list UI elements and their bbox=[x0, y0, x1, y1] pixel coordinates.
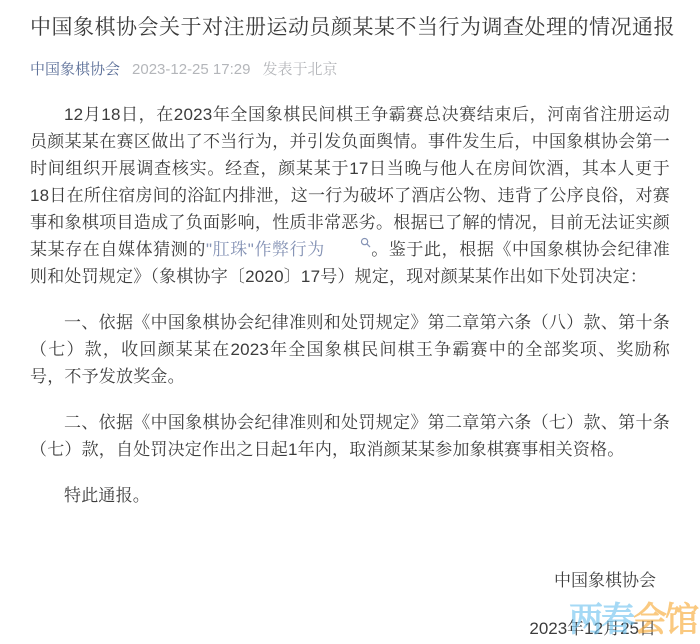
signature-org: 中国象棋协会 bbox=[30, 567, 656, 594]
signature-block: 中国象棋协会 2023年12月25日 bbox=[30, 567, 670, 642]
account-name-link[interactable]: 中国象棋协会 bbox=[30, 61, 120, 78]
search-term-text[interactable]: "肛珠"作弊行为 bbox=[206, 240, 325, 259]
paragraph-closing: 特此通报。 bbox=[30, 482, 670, 509]
signature-date: 2023年12月25日 bbox=[30, 615, 656, 642]
article-title: 中国象棋协会关于对注册运动员颜某某不当行为调查处理的情况通报 bbox=[30, 12, 670, 43]
article-body: 12月18日，在2023年全国象棋民间棋王争霸赛总决赛结束后，河南省注册运动员颜… bbox=[30, 101, 670, 509]
search-term-link[interactable]: "肛珠"作弊行为 bbox=[206, 240, 371, 259]
paragraph-intro: 12月18日，在2023年全国象棋民间棋王争霸赛总决赛结束后，河南省注册运动员颜… bbox=[30, 101, 670, 290]
paragraph-penalty-2: 二、依据《中国象棋协会纪律准则和处罚规定》第二章第六条（七）款、第十条（七）款，… bbox=[30, 409, 670, 463]
paragraph-intro-text-before: 12月18日，在2023年全国象棋民间棋王争霸赛总决赛结束后，河南省注册运动员颜… bbox=[30, 105, 670, 259]
search-icon[interactable] bbox=[326, 237, 371, 248]
paragraph-penalty-1: 一、依据《中国象棋协会纪律准则和处罚规定》第二章第六条（八）款、第十条（七）款，… bbox=[30, 309, 670, 390]
article-page: 中国象棋协会关于对注册运动员颜某某不当行为调查处理的情况通报 中国象棋协会202… bbox=[0, 0, 700, 644]
article-meta: 中国象棋协会2023-12-25 17:29发表于北京 bbox=[30, 60, 670, 80]
publish-location: 发表于北京 bbox=[262, 61, 337, 78]
publish-datetime: 2023-12-25 17:29 bbox=[132, 61, 250, 78]
